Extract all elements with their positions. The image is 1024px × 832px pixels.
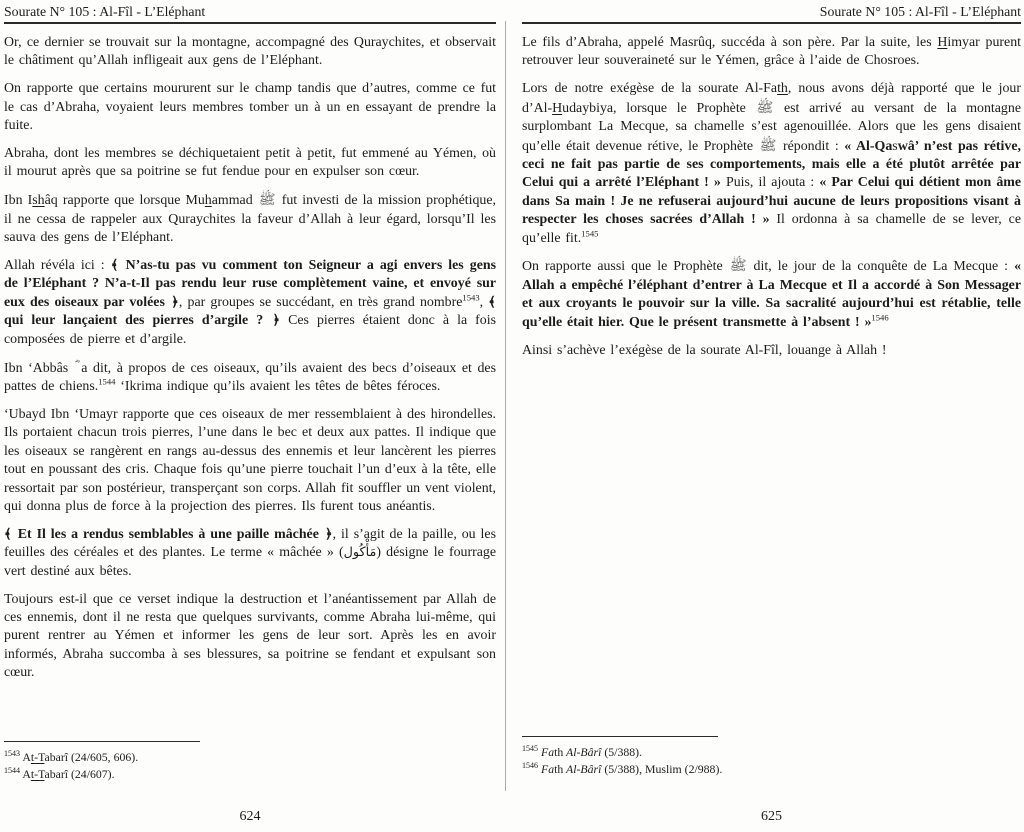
footnote: 1546 Fath Al-Bârî (5/388), Muslim (2/988… (522, 761, 1021, 778)
text-run: t-T (31, 767, 45, 781)
text-run: h (205, 193, 212, 208)
footnote-list: 1545 Fath Al-Bârî (5/388).1546 Fath Al-B… (522, 744, 1021, 777)
text-run: Al-Bârî (563, 762, 601, 776)
text-run: , (480, 295, 489, 310)
text-run: abarî (24/607). (44, 767, 114, 781)
text-run: th (554, 762, 563, 776)
ornate-bracket: ﴾ (111, 258, 126, 273)
paragraph: Toujours est-il que ce verset indique la… (4, 591, 496, 683)
text-run: , par groupes se succédant, en très gran… (179, 295, 463, 310)
text-run: Fa (541, 762, 554, 776)
paragraph: Or, ce dernier se trouvait sur la montag… (4, 34, 496, 71)
footnote-number: 1544 (4, 766, 20, 775)
paragraph: ‘Ubayd Ibn ‘Umayr rapporte que ces oisea… (4, 406, 496, 516)
text-run: âq rapporte que lorsque Mu (45, 193, 205, 208)
page-divider-line (505, 21, 506, 791)
footnote-ref: 1544 (98, 376, 115, 386)
footnote-separator (4, 741, 200, 742)
footnote: 1545 Fath Al-Bârî (5/388). (522, 744, 1021, 761)
quran-quote: Et Il les a rendus semblables à une pail… (18, 527, 319, 542)
prophet-saw-symbol: ﷺ (756, 100, 775, 116)
text-run: On rapporte aussi que le Prophète (522, 259, 729, 274)
paragraph: Allah révéla ici : ﴾ N’as-tu pas vu comm… (4, 257, 496, 349)
ornate-bracket: ﴾ (4, 527, 18, 542)
header-title: Sourate N° 105 : Al-Fîl - L’Eléphant (4, 4, 205, 19)
prophet-saw-symbol: ﷺ (759, 138, 778, 154)
prophet-saw-symbol: ﷺ (258, 192, 277, 208)
page-left: Sourate N° 105 : Al-Fîl - L’Eléphant Or,… (0, 0, 512, 832)
text-run: H (937, 35, 947, 50)
text-run: répondit : (777, 139, 844, 154)
quran-quote: qui leur lançaient des pierres d’argile … (4, 313, 263, 328)
text-run: Fa (541, 745, 554, 759)
arabic-term: مَأْكُول (344, 545, 377, 560)
text-run: Or, ce dernier se trouvait sur la montag… (4, 35, 496, 68)
footnote: 1544 At-Tabarî (24/607). (4, 766, 496, 783)
footnotes: 1545 Fath Al-Bârî (5/388).1546 Fath Al-B… (522, 736, 1021, 777)
text-run: sh (32, 193, 44, 208)
ornate-bracket: ﴿ (319, 527, 333, 542)
footnote-list: 1543 At-Tabarî (24/605, 606).1544 At-Tab… (4, 749, 496, 782)
text-run: Abraha, dont les membres se déchiquetaie… (4, 146, 496, 179)
text-run: Ibn ‘Abbâs (4, 361, 74, 376)
text-run: abarî (24/605, 606). (44, 750, 138, 764)
text-run: Ainsi s’achève l’exégèse de la sourate A… (522, 343, 887, 358)
footnote-number: 1546 (522, 761, 538, 770)
text-run: Ibn I (4, 193, 32, 208)
paragraph: Abraha, dont les membres se déchiquetaie… (4, 145, 496, 182)
paragraph: Le fils d’Abraha, appelé Masrûq, succéda… (522, 34, 1021, 71)
footnote-ref: 1543 (462, 292, 479, 302)
paragraph: Ibn Ishâq rapporte que lorsque Muhammad … (4, 191, 496, 247)
page-body: Le fils d’Abraha, appelé Masrûq, succéda… (522, 34, 1021, 360)
text-run: th (777, 81, 788, 96)
text-run: ‘Ubayd Ibn ‘Umayr rapporte que ces oisea… (4, 407, 496, 514)
footnote: 1543 At-Tabarî (24/605, 606). (4, 749, 496, 766)
paragraph: Ibn ‘Abbâs ؓ a dit, à propos de ces oise… (4, 359, 496, 397)
page-right: Sourate N° 105 : Al-Fîl - L’Eléphant Le … (512, 0, 1024, 832)
text-run: Puis, il ajouta : (721, 175, 819, 190)
paragraph: Lors de notre exégèse de la sourate Al-F… (522, 80, 1021, 248)
footnotes: 1543 At-Tabarî (24/605, 606).1544 At-Tab… (4, 741, 496, 782)
paragraph: On rapporte aussi que le Prophète ﷺ dit,… (522, 257, 1021, 332)
page-number: 625 (512, 809, 1024, 825)
page-number: 624 (0, 809, 512, 825)
ornate-bracket: ﴿ (263, 313, 280, 328)
text-run: dit, le jour de la conquête de La Mecque… (748, 259, 1015, 274)
text-run: th (554, 745, 563, 759)
text-run: H (552, 101, 562, 116)
prophet-saw-symbol: ﷺ (729, 258, 748, 274)
text-run: udaybiya, lorsque le Prophète (562, 101, 755, 116)
footnote-separator (522, 736, 718, 737)
footnote-number: 1545 (522, 744, 538, 753)
ornate-bracket: ﴿ (165, 295, 179, 310)
text-run: ‘Ikrima indique qu’ils avaient les têtes… (115, 379, 440, 394)
header-title: Sourate N° 105 : Al-Fîl - L’Eléphant (820, 4, 1021, 19)
text-run: On rapporte que certains moururent sur l… (4, 81, 496, 133)
paragraph: On rapporte que certains moururent sur l… (4, 80, 496, 135)
text-run: Lors de notre exégèse de la sourate Al-F… (522, 81, 777, 96)
text-run: (5/388). (601, 745, 642, 759)
text-run: Allah révéla ici : (4, 258, 111, 273)
text-run: A (20, 750, 31, 764)
book-spread: Sourate N° 105 : Al-Fîl - L’Eléphant Or,… (0, 0, 1024, 832)
hadith-quote: « Al-Qa (844, 139, 892, 154)
text-run: Al-Bârî (563, 745, 601, 759)
page-header: Sourate N° 105 : Al-Fîl - L’Eléphant (4, 0, 496, 24)
footnote-number: 1543 (4, 749, 20, 758)
page-header: Sourate N° 105 : Al-Fîl - L’Eléphant (522, 0, 1021, 24)
page-body: Or, ce dernier se trouvait sur la montag… (4, 34, 496, 683)
ornate-bracket: ﴾ (488, 295, 496, 310)
text-run: t-T (31, 750, 45, 764)
text-run: Le fils d’Abraha, appelé Masrûq, succéda… (522, 35, 937, 50)
text-run: ammad (212, 193, 258, 208)
footnote-ref: 1546 (871, 312, 888, 322)
paragraph: Ainsi s’achève l’exégèse de la sourate A… (522, 342, 1021, 360)
footnote-ref: 1545 (581, 228, 598, 238)
text-run: A (20, 767, 31, 781)
text-run: Toujours est-il que ce verset indique la… (4, 592, 496, 681)
text-run: (5/388), Muslim (2/988). (601, 762, 722, 776)
paragraph: ﴾ Et Il les a rendus semblables à une pa… (4, 526, 496, 581)
